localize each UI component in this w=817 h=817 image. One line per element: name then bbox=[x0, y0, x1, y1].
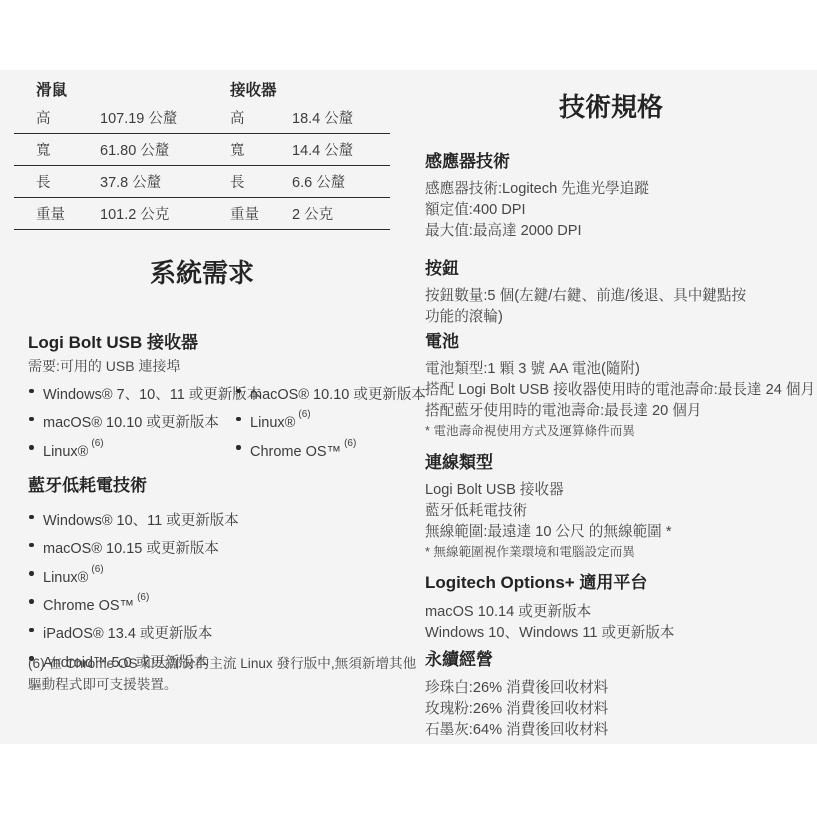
bluetooth-section: 藍牙低耗電技術 Windows® 10、11 或更新版本 macOS® 10.1… bbox=[28, 476, 242, 675]
bullet-icon bbox=[29, 417, 34, 422]
mouse-length-value: 37.8 公釐 bbox=[100, 166, 230, 198]
table-row-length: 長 37.8 公釐 長 6.6 公釐 bbox=[14, 166, 390, 198]
logi-bolt-heading: Logi Bolt USB 接收器 bbox=[28, 333, 264, 353]
footnote-marker: (6) bbox=[344, 438, 356, 449]
footnote-marker: (6) bbox=[91, 564, 103, 575]
system-requirements-title: 系統需求 bbox=[14, 256, 390, 290]
footnote-6-line-2: 驅動程式即可支援裝置。 bbox=[28, 674, 416, 695]
battery-line: 搭配藍牙使用時的電池壽命:最長達 20 個月 bbox=[425, 401, 817, 422]
tech-specs-title: 技術規格 bbox=[425, 90, 797, 124]
table-row-weight: 重量 101.2 公克 重量 2 公克 bbox=[14, 198, 390, 230]
connection-heading: 連線類型 bbox=[425, 453, 672, 473]
bluetooth-os-list: Windows® 10、11 或更新版本 macOS® 10.15 或更新版本 … bbox=[28, 505, 242, 675]
receiver-weight-label: 重量 bbox=[230, 198, 292, 230]
bluetooth-heading: 藍牙低耗電技術 bbox=[28, 476, 242, 496]
options-platform-section: Logitech Options+ 適用平台 macOS 10.14 或更新版本… bbox=[425, 573, 675, 644]
list-item: macOS® 10.10 或更新版本 bbox=[235, 379, 429, 407]
footnote-marker: (6) bbox=[91, 438, 103, 449]
mouse-weight-label: 重量 bbox=[14, 198, 100, 230]
options-platform-line: macOS 10.14 或更新版本 bbox=[425, 602, 675, 623]
mouse-weight-value: 101.2 公克 bbox=[100, 198, 230, 230]
battery-section: 電池 電池類型:1 顆 3 號 AA 電池(隨附) 搭配 Logi Bolt U… bbox=[425, 332, 817, 442]
battery-line: 電池類型:1 顆 3 號 AA 電池(隨附) bbox=[425, 359, 817, 380]
sustainability-heading: 永續經營 bbox=[425, 650, 608, 670]
sustainability-section: 永續經營 珍珠白:26% 消費後回收材料 玫瑰粉:26% 消費後回收材料 石墨灰… bbox=[425, 650, 608, 741]
connection-footnote: * 無線範圍視作業環境和電腦設定而異 bbox=[425, 543, 672, 563]
usb-port-note: 需要:可用的 USB 連接埠 bbox=[28, 357, 264, 376]
os-compat-columns: Windows® 7、10、11 或更新版本 macOS® 10.10 或更新版… bbox=[28, 379, 264, 464]
os-list-column-1: Windows® 7、10、11 或更新版本 macOS® 10.10 或更新版… bbox=[28, 379, 264, 464]
bullet-icon bbox=[29, 445, 34, 450]
list-item: iPadOS® 13.4 或更新版本 bbox=[28, 618, 242, 646]
list-item: macOS® 10.10 或更新版本 bbox=[28, 407, 264, 435]
buttons-line: 按鈕數量:5 個(左鍵/右鍵、前進/後退、具中鍵點按 bbox=[425, 286, 746, 307]
receiver-column-title: 接收器 bbox=[230, 75, 390, 102]
receiver-height-value: 18.4 公釐 bbox=[292, 102, 390, 134]
sensor-line: 額定值:400 DPI bbox=[425, 200, 649, 221]
connection-line: 藍牙低耗電技術 bbox=[425, 501, 672, 522]
receiver-length-label: 長 bbox=[230, 166, 292, 198]
sensor-heading: 感應器技術 bbox=[425, 152, 649, 172]
sensor-line: 感應器技術:Logitech 先進光學追蹤 bbox=[425, 179, 649, 200]
footnote-6-line-1: (6) 在 Chrome OS 和大部分的主流 Linux 發行版中,無須新增其… bbox=[28, 653, 416, 674]
list-item: Linux®(6) bbox=[28, 436, 264, 464]
connection-line: Logi Bolt USB 接收器 bbox=[425, 480, 672, 501]
sustainability-line: 石墨灰:64% 消費後回收材料 bbox=[425, 720, 608, 741]
receiver-length-value: 6.6 公釐 bbox=[292, 166, 390, 198]
mouse-height-value: 107.19 公釐 bbox=[100, 102, 230, 134]
bullet-icon bbox=[29, 389, 34, 394]
list-item: Chrome OS™(6) bbox=[235, 436, 429, 464]
table-row-height: 高 107.19 公釐 高 18.4 公釐 bbox=[14, 102, 390, 134]
list-item: Chrome OS™(6) bbox=[28, 590, 242, 618]
connection-section: 連線類型 Logi Bolt USB 接收器 藍牙低耗電技術 無線範圍:最遠達 … bbox=[425, 453, 672, 563]
footnote-6: (6) 在 Chrome OS 和大部分的主流 Linux 發行版中,無須新增其… bbox=[28, 653, 416, 695]
mouse-height-label: 高 bbox=[14, 102, 100, 134]
list-item: Windows® 10、11 或更新版本 bbox=[28, 505, 242, 533]
sensor-section: 感應器技術 感應器技術:Logitech 先進光學追蹤 額定值:400 DPI … bbox=[425, 152, 649, 242]
list-item: Linux®(6) bbox=[28, 562, 242, 590]
bullet-icon bbox=[29, 628, 34, 633]
os-list-column-2: macOS® 10.10 或更新版本 Linux®(6) Chrome OS™(… bbox=[235, 379, 429, 464]
sustainability-line: 珍珠白:26% 消費後回收材料 bbox=[425, 678, 608, 699]
options-platform-line: Windows 10、Windows 11 或更新版本 bbox=[425, 623, 675, 644]
bullet-icon bbox=[236, 389, 241, 394]
bullet-icon bbox=[29, 571, 34, 576]
dimensions-header-row: 滑鼠 接收器 bbox=[14, 75, 390, 102]
footnote-marker: (6) bbox=[137, 592, 149, 603]
mouse-column-title: 滑鼠 bbox=[14, 75, 230, 102]
bullet-icon bbox=[29, 599, 34, 604]
receiver-width-value: 14.4 公釐 bbox=[292, 134, 390, 166]
options-platform-heading: Logitech Options+ 適用平台 bbox=[425, 573, 675, 593]
bullet-icon bbox=[236, 445, 241, 450]
buttons-heading: 按鈕 bbox=[425, 259, 746, 279]
buttons-section: 按鈕 按鈕數量:5 個(左鍵/右鍵、前進/後退、具中鍵點按 功能的滾輪) bbox=[425, 259, 746, 328]
list-item: macOS® 10.15 或更新版本 bbox=[28, 533, 242, 561]
table-row-width: 寬 61.80 公釐 寬 14.4 公釐 bbox=[14, 134, 390, 166]
mouse-length-label: 長 bbox=[14, 166, 100, 198]
receiver-weight-value: 2 公克 bbox=[292, 198, 390, 230]
sensor-line: 最大值:最高達 2000 DPI bbox=[425, 221, 649, 242]
battery-footnote: * 電池壽命視使用方式及運算條件而異 bbox=[425, 422, 817, 442]
battery-line: 搭配 Logi Bolt USB 接收器使用時的電池壽命:最長達 24 個月 * bbox=[425, 380, 817, 401]
list-item: Windows® 7、10、11 或更新版本 bbox=[28, 379, 264, 407]
footnote-marker: (6) bbox=[298, 409, 310, 420]
logi-bolt-receiver-section: Logi Bolt USB 接收器 需要:可用的 USB 連接埠 Windows… bbox=[28, 333, 264, 464]
mouse-width-value: 61.80 公釐 bbox=[100, 134, 230, 166]
sustainability-line: 玫瑰粉:26% 消費後回收材料 bbox=[425, 699, 608, 720]
battery-heading: 電池 bbox=[425, 332, 817, 352]
spec-panel-background: 滑鼠 接收器 高 107.19 公釐 高 18.4 公釐 寬 61.80 公釐 … bbox=[0, 70, 817, 744]
buttons-line: 功能的滾輪) bbox=[425, 307, 746, 328]
spec-page: 滑鼠 接收器 高 107.19 公釐 高 18.4 公釐 寬 61.80 公釐 … bbox=[0, 0, 817, 817]
mouse-width-label: 寬 bbox=[14, 134, 100, 166]
connection-line: 無線範圍:最遠達 10 公尺 的無線範圍 * bbox=[425, 522, 672, 543]
bullet-icon bbox=[236, 417, 241, 422]
list-item: Linux®(6) bbox=[235, 407, 429, 435]
receiver-height-label: 高 bbox=[230, 102, 292, 134]
bullet-icon bbox=[29, 543, 34, 548]
dimensions-table: 滑鼠 接收器 高 107.19 公釐 高 18.4 公釐 寬 61.80 公釐 … bbox=[14, 75, 390, 230]
bullet-icon bbox=[29, 515, 34, 520]
receiver-width-label: 寬 bbox=[230, 134, 292, 166]
